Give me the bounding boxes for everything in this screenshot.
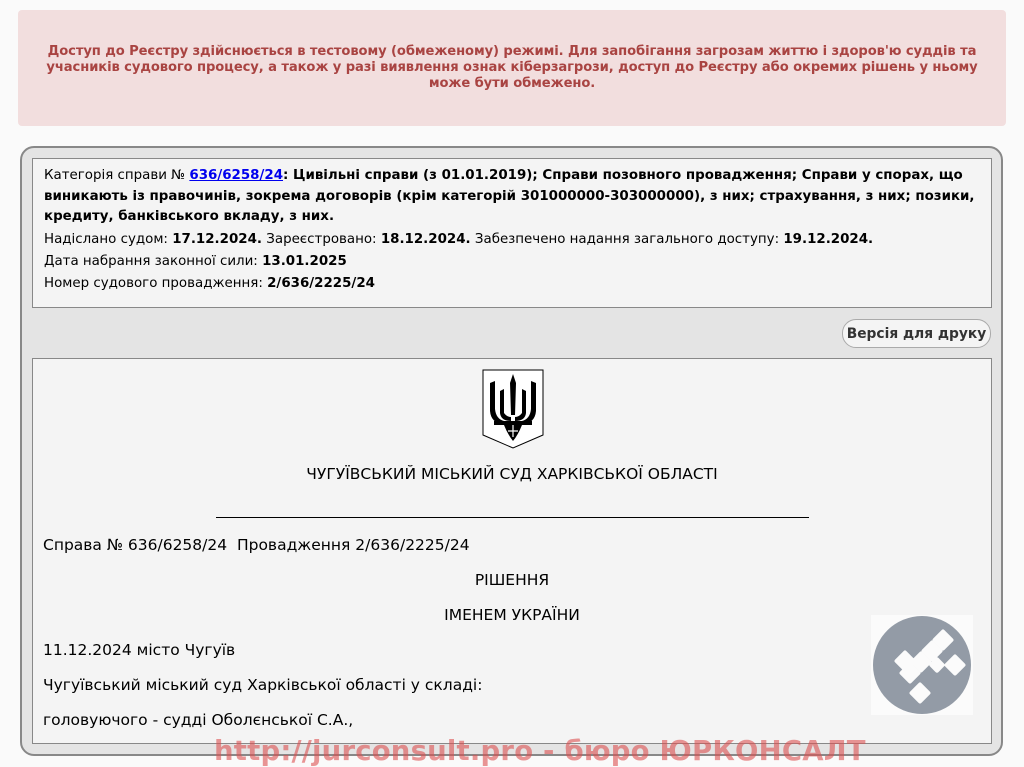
puzzle-logo-icon bbox=[871, 615, 973, 715]
date-place: 11.12.2024 місто Чугуїв bbox=[43, 641, 235, 659]
divider bbox=[216, 517, 809, 518]
sent-date: 17.12.2024. bbox=[172, 232, 262, 247]
case-category: Категорія справи № 636/6258/24: Цивільні… bbox=[44, 166, 980, 228]
effective-date-row: Дата набрання законної сили: 13.01.2025 bbox=[44, 251, 980, 273]
decision-document: ЧУГУЇВСЬКИЙ МІСЬКИЙ СУД ХАРКІВСЬКОЇ ОБЛА… bbox=[32, 358, 992, 744]
print-version-button[interactable]: Версія для друку bbox=[842, 319, 991, 348]
registered-date: 18.12.2024. bbox=[381, 232, 471, 247]
proceeding-number-row: Номер судового провадження: 2/636/2225/2… bbox=[44, 273, 980, 295]
access-notice-text: Доступ до Реєстру здійснюється в тестово… bbox=[42, 44, 983, 92]
access-notice-banner: Доступ до Реєстру здійснюється в тестово… bbox=[18, 10, 1006, 126]
proceeding-number: 2/636/2225/24 bbox=[267, 276, 375, 291]
presiding-judge: головуючого - судді Оболєнської С.А., bbox=[43, 711, 353, 729]
decision-title: РІШЕННЯ bbox=[33, 571, 991, 589]
case-number-link[interactable]: 636/6258/24 bbox=[189, 168, 283, 183]
effective-date: 13.01.2025 bbox=[262, 254, 347, 269]
case-info-panel: Категорія справи № 636/6258/24: Цивільні… bbox=[32, 158, 992, 308]
coat-of-arms-icon bbox=[482, 369, 544, 449]
watermark-link[interactable]: http://jurconsult.pro - бюро ЮРКОНСАЛТ bbox=[214, 735, 814, 767]
court-name: ЧУГУЇВСЬКИЙ МІСЬКИЙ СУД ХАРКІВСЬКОЇ ОБЛА… bbox=[33, 465, 991, 483]
jurconsult-badge[interactable] bbox=[871, 615, 973, 715]
case-line: Справа № 636/6258/24 Провадження 2/636/2… bbox=[43, 536, 470, 554]
decision-subtitle: ІМЕНЕМ УКРАЇНИ bbox=[33, 606, 991, 624]
court-composition: Чугуївський міський суд Харківської обла… bbox=[43, 676, 482, 694]
access-date: 19.12.2024. bbox=[783, 232, 873, 247]
case-dates: Надіслано судом: 17.12.2024. Зареєстрова… bbox=[44, 229, 980, 251]
